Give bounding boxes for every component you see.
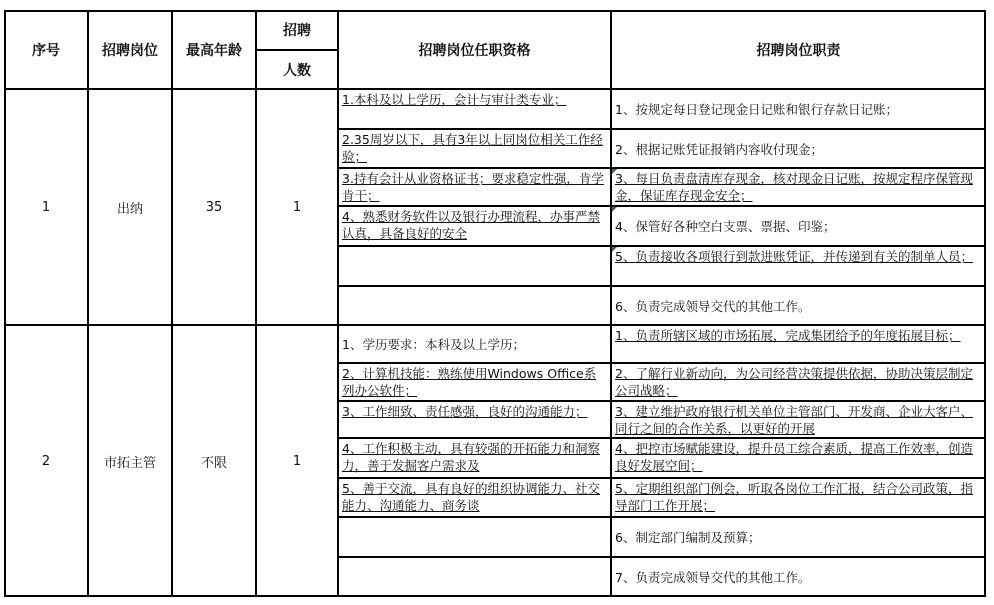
header-position-label: 招聘岗位 <box>102 40 158 60</box>
divider <box>4 88 986 90</box>
row1-duty-2: 2、根据记账凭证报销内容收付现金； <box>611 129 986 168</box>
row2-qualification-2: 2、计算机技能：熟练使用Windows Office系列办公软件； <box>338 363 611 401</box>
row2-headcount-value: 1 <box>293 454 301 469</box>
header-duties-label: 招聘岗位职责 <box>757 40 841 60</box>
qualification-text: 4、工作积极主动，具有较强的开拓能力和洞察力，善于发掘客户需求及 <box>342 440 607 474</box>
row2-seq-value: 2 <box>42 454 50 469</box>
header-seq: 序号 <box>4 10 88 89</box>
row2-duty-4: 4、把控市场赋能建设，提升员工综合素质，提高工作效率，创造良好发展空间； <box>611 438 986 478</box>
row1-seq-value: 1 <box>42 200 50 215</box>
duty-text: 5、负责接收各项银行到款进账凭证，并传递到有关的制单人员； <box>615 248 973 265</box>
row1-qualification-4: 4、熟悉财务软件以及银行办理流程，办事严禁认真，具备良好的安全 <box>338 206 611 246</box>
qualification-text: 1、学历要求：本科及以上学历； <box>342 336 525 353</box>
qualification-text: 1.本科及以上学历，会计与审计类专业； <box>342 91 566 108</box>
row1-qualification-3: 3.持有会计从业资格证书；要求稳定性强，肯学肯干； <box>338 168 611 206</box>
qualification-text: 4、熟悉财务软件以及银行办理流程，办事严禁认真，具备良好的安全 <box>342 208 607 242</box>
row2-max-age: 不限 <box>172 325 256 597</box>
comment-marker-icon <box>612 169 617 174</box>
comment-marker-icon <box>612 207 617 212</box>
row1-duty-3: 3、每日负责盘清库存现金，核对现金日记账，按规定程序保管现金，保证库存现金安全； <box>611 168 986 206</box>
duty-text: 1、按规定每日登记现金日记账和银行存款日记账； <box>615 101 898 118</box>
row1-max-age: 35 <box>172 89 256 325</box>
duty-text: 2、根据记账凭证报销内容收付现金； <box>615 141 823 158</box>
row2-position-value: 市拓主管 <box>104 452 156 471</box>
row2-duty-6: 6、制定部门编制及预算； <box>611 517 986 557</box>
duty-text: 3、每日负责盘清库存现金，核对现金日记账，按规定程序保管现金，保证库存现金安全； <box>615 170 982 204</box>
row2-duty-5: 5、定期组织部门例会，听取各岗位工作汇报，结合公司政策，指导部门工作开展； <box>611 478 986 517</box>
duty-text: 4、保管好各种空白支票、票据、印鉴； <box>615 218 835 235</box>
row1-duty-5: 5、负责接收各项银行到款进账凭证，并传递到有关的制单人员； <box>611 246 986 286</box>
row2-qualification-6 <box>338 517 611 557</box>
row2-duty-7: 7、负责完成领导交代的其他工作。 <box>611 557 986 597</box>
duty-text: 1、负责所辖区域的市场拓展，完成集团给予的年度拓展目标； <box>615 327 960 344</box>
row1-position-value: 出纳 <box>117 198 143 217</box>
duty-text: 7、负责完成领导交代的其他工作。 <box>615 569 810 586</box>
row2-headcount: 1 <box>256 325 338 597</box>
header-headcount-bottom: 人数 <box>256 50 338 89</box>
recruitment-table: 序号 招聘岗位 最高年龄 招聘 人数 招聘岗位任职资格 招聘岗位职责 1 出纳 … <box>4 10 986 597</box>
divider <box>337 10 339 597</box>
duty-text: 3、建立维护政府银行机关单位主管部门、开发商、企业大客户、同行之间的合作关系，以… <box>615 403 982 437</box>
row1-headcount: 1 <box>256 89 338 325</box>
duty-text: 2、了解行业新动向，为公司经营决策提供依据，协助决策层制定公司战略； <box>615 365 982 399</box>
row1-position: 出纳 <box>88 89 172 325</box>
row1-duty-1: 1、按规定每日登记现金日记账和银行存款日记账； <box>611 89 986 129</box>
header-max-age: 最高年龄 <box>172 10 256 89</box>
header-max-age-label: 最高年龄 <box>186 40 242 60</box>
qualification-text: 3、工作细致、责任感强，良好的沟通能力； <box>342 403 587 420</box>
qualification-text: 3.持有会计从业资格证书；要求稳定性强，肯学肯干； <box>342 170 607 204</box>
row1-duty-4: 4、保管好各种空白支票、票据、印鉴； <box>611 206 986 246</box>
duty-text: 5、定期组织部门例会，听取各岗位工作汇报，结合公司政策，指导部门工作开展； <box>615 480 982 514</box>
header-position: 招聘岗位 <box>88 10 172 89</box>
row2-duty-1: 1、负责所辖区域的市场拓展，完成集团给予的年度拓展目标； <box>611 325 986 363</box>
duty-text: 4、把控市场赋能建设，提升员工综合素质，提高工作效率，创造良好发展空间； <box>615 440 982 474</box>
row2-duty-2: 2、了解行业新动向，为公司经营决策提供依据，协助决策层制定公司战略； <box>611 363 986 401</box>
header-qualifications: 招聘岗位任职资格 <box>338 10 611 89</box>
row1-qualification-6 <box>338 286 611 325</box>
comment-marker-icon <box>612 247 617 252</box>
row1-qualification-2: 2.35周岁以下，具有3年以上同岗位相关工作经验； <box>338 129 611 168</box>
row1-qualification-1: 1.本科及以上学历，会计与审计类专业； <box>338 89 611 129</box>
duty-text: 6、制定部门编制及预算； <box>615 529 760 546</box>
row2-qualification-5: 5、善于交流，具有良好的组织协调能力、社交能力、沟通能力、商务谈 <box>338 478 611 517</box>
row2-position: 市拓主管 <box>88 325 172 597</box>
header-duties: 招聘岗位职责 <box>611 10 986 89</box>
row1-max-age-value: 35 <box>206 200 223 215</box>
qualification-text: 2、计算机技能：熟练使用Windows Office系列办公软件； <box>342 365 607 399</box>
row2-duty-3: 3、建立维护政府银行机关单位主管部门、开发商、企业大客户、同行之间的合作关系，以… <box>611 401 986 438</box>
qualification-text: 2.35周岁以下，具有3年以上同岗位相关工作经验； <box>342 131 607 165</box>
row2-qualification-3: 3、工作细致、责任感强，良好的沟通能力； <box>338 401 611 438</box>
row1-qualification-5 <box>338 246 611 286</box>
row2-qualification-7 <box>338 557 611 597</box>
header-seq-label: 序号 <box>32 40 60 60</box>
divider <box>171 10 173 597</box>
row2-max-age-value: 不限 <box>201 452 227 471</box>
header-headcount-bottom-label: 人数 <box>283 60 311 80</box>
header-headcount-top: 招聘 <box>256 10 338 50</box>
row2-qualification-4: 4、工作积极主动，具有较强的开拓能力和洞察力，善于发掘客户需求及 <box>338 438 611 478</box>
qualification-text: 5、善于交流，具有良好的组织协调能力、社交能力、沟通能力、商务谈 <box>342 480 607 514</box>
duty-text: 6、负责完成领导交代的其他工作。 <box>615 298 810 315</box>
divider <box>610 10 612 597</box>
divider <box>87 10 89 597</box>
divider <box>4 324 986 326</box>
row1-headcount-value: 1 <box>293 200 301 215</box>
header-qualifications-label: 招聘岗位任职资格 <box>419 40 531 60</box>
row2-seq: 2 <box>4 325 88 597</box>
row1-duty-6: 6、负责完成领导交代的其他工作。 <box>611 286 986 325</box>
row1-seq: 1 <box>4 89 88 325</box>
header-headcount-top-label: 招聘 <box>283 20 311 40</box>
row2-qualification-1: 1、学历要求：本科及以上学历； <box>338 325 611 363</box>
divider <box>255 10 257 597</box>
